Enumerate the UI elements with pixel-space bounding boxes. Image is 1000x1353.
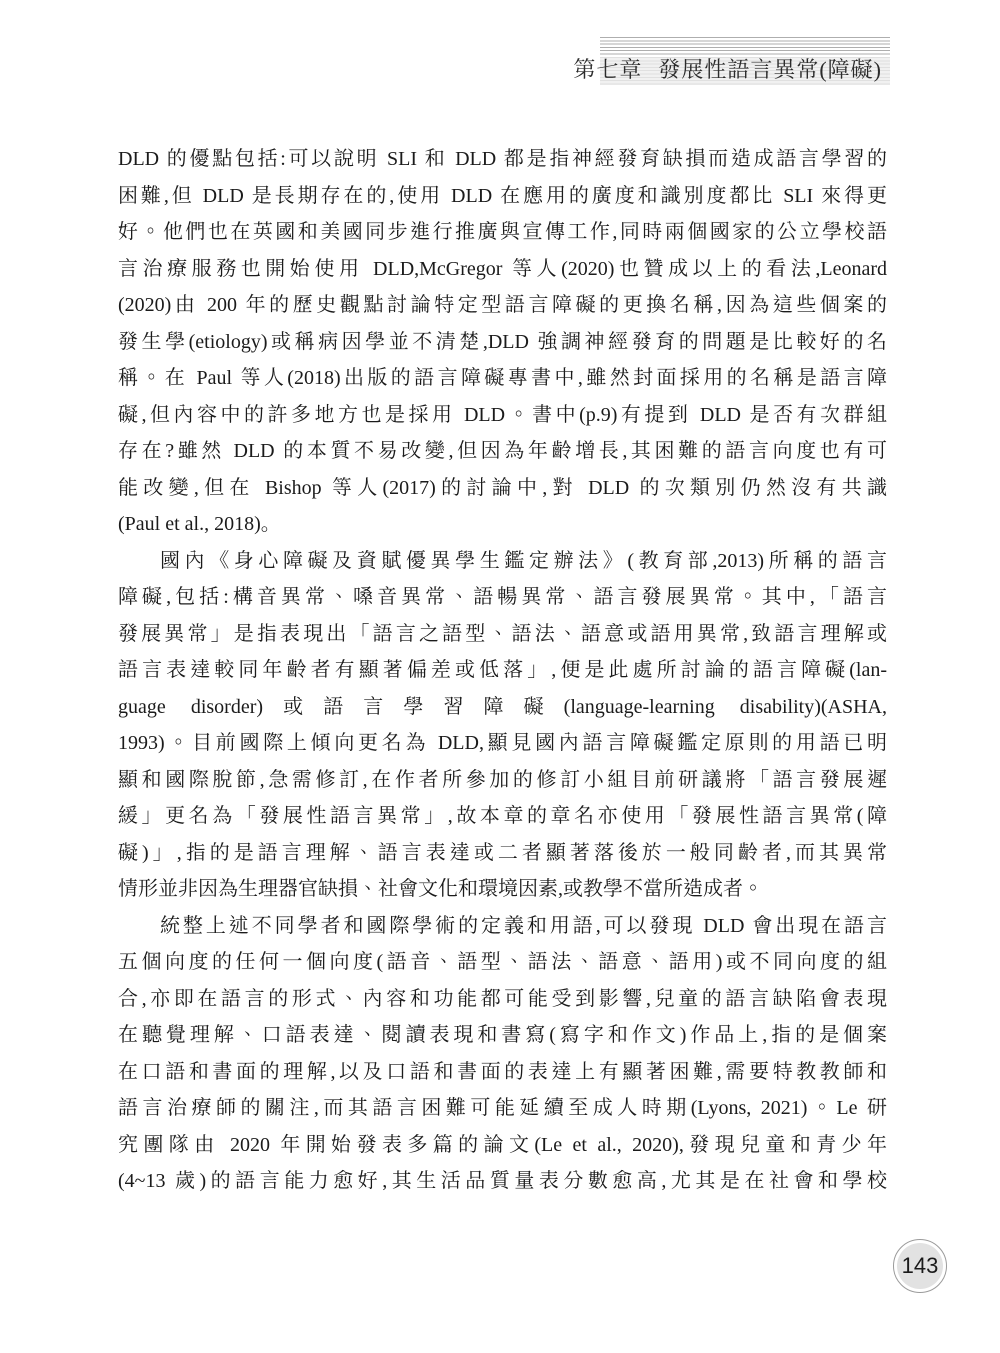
text-line: 語言表達較同年齡者有顯著偏差或低落」,便是此處所討論的語言障礙(lan- — [118, 652, 887, 689]
text-line: 五個向度的任何一個向度(語音、語型、語法、語意、語用)或不同向度的組 — [118, 944, 887, 981]
text-line: 在口語和書面的理解,以及口語和書面的表達上有顯著困難,需要特教教師和 — [118, 1054, 887, 1091]
text-line: 國內《身心障礙及資賦優異學生鑑定辦法》(教育部,2013)所稱的語言 — [118, 543, 887, 580]
text-line: 合,亦即在語言的形式、內容和功能都可能受到影響,兒童的語言缺陷會表現 — [118, 981, 887, 1018]
text-line: 礙)」,指的是語言理解、語言表達或二者顯著落後於一般同齡者,而其異常 — [118, 835, 887, 872]
page-number: 143 — [897, 1243, 943, 1289]
text-line: DLD 的優點包括:可以說明 SLI 和 DLD 都是指神經發育缺損而造成語言學… — [118, 141, 887, 178]
text-line: 統整上述不同學者和國際學術的定義和用語,可以發現 DLD 會出現在語言 — [118, 908, 887, 945]
text-line: 究團隊由 2020 年開始發表多篇的論文(Le et al., 2020),發現… — [118, 1127, 887, 1164]
book-page: 第七章發展性語言異常(障礙) DLD 的優點包括:可以說明 SLI 和 DLD … — [0, 0, 1000, 1353]
text-line: guage disorder)或語言學習障礙(language-learning… — [118, 689, 887, 726]
text-line: 1993)。目前國際上傾向更名為 DLD,顯見國內語言障礙鑑定原則的用語已明 — [118, 725, 887, 762]
text-line: 礙,但內容中的許多地方也是採用 DLD。書中(p.9)有提到 DLD 是否有次群… — [118, 397, 887, 434]
text-line: 發生學(etiology)或稱病因學並不清楚,DLD 強調神經發育的問題是比較好… — [118, 324, 887, 361]
body-text: DLD 的優點包括:可以說明 SLI 和 DLD 都是指神經發育缺損而造成語言學… — [118, 141, 887, 1200]
text-line: 發展異常」是指表現出「語言之語型、語法、語意或語用異常,致語言理解或 — [118, 616, 887, 653]
text-line: 在聽覺理解、口語表達、閱讀表現和書寫(寫字和作文)作品上,指的是個案 — [118, 1017, 887, 1054]
text-line: 困難,但 DLD 是長期存在的,使用 DLD 在應用的廣度和識別度都比 SLI … — [118, 178, 887, 215]
text-line: 語言治療師的關注,而其語言困難可能延續至成人時期(Lyons, 2021)。Le… — [118, 1090, 887, 1127]
text-line: (Paul et al., 2018)。 — [118, 506, 887, 543]
text-line: 障礙,包括:構音異常、嗓音異常、語暢異常、語言發展異常。其中,「語言 — [118, 579, 887, 616]
chapter-heading: 第七章發展性語言異常(障礙) — [573, 55, 882, 85]
text-line: 存在?雖然 DLD 的本質不易改變,但因為年齡增長,其困難的語言向度也有可 — [118, 433, 887, 470]
text-line: 能改變,但在 Bishop 等人(2017)的討論中,對 DLD 的次類別仍然沒… — [118, 470, 887, 507]
header-rule-lines — [600, 37, 890, 57]
paragraph: 統整上述不同學者和國際學術的定義和用語,可以發現 DLD 會出現在語言五個向度的… — [118, 908, 887, 1200]
text-line: (2020)由 200 年的歷史觀點討論特定型語言障礙的更換名稱,因為這些個案的 — [118, 287, 887, 324]
text-line: (4~13 歲)的語言能力愈好,其生活品質量表分數愈高,尤其是在社會和學校 — [118, 1163, 887, 1200]
text-line: 好。他們也在英國和美國同步進行推廣與宣傳工作,同時兩個國家的公立學校語 — [118, 214, 887, 251]
text-line: 言治療服務也開始使用 DLD,McGregor 等人(2020)也贊成以上的看法… — [118, 251, 887, 288]
text-line: 稱。在 Paul 等人(2018)出版的語言障礙專書中,雖然封面採用的名稱是語言… — [118, 360, 887, 397]
text-line: 顯和國際脫節,急需修訂,在作者所參加的修訂小組目前研議將「語言發展遲 — [118, 762, 887, 799]
paragraph: DLD 的優點包括:可以說明 SLI 和 DLD 都是指神經發育缺損而造成語言學… — [118, 141, 887, 543]
page-number-badge: 143 — [893, 1239, 947, 1293]
text-line: 情形並非因為生理器官缺損、社會文化和環境因素,或教學不當所造成者。 — [118, 871, 887, 908]
paragraph: 國內《身心障礙及資賦優異學生鑑定辦法》(教育部,2013)所稱的語言障礙,包括:… — [118, 543, 887, 908]
text-line: 緩」更名為「發展性語言異常」,故本章的章名亦使用「發展性語言異常(障 — [118, 798, 887, 835]
chapter-number: 第七章 — [573, 57, 642, 82]
chapter-title: 發展性語言異常(障礙) — [658, 57, 882, 82]
